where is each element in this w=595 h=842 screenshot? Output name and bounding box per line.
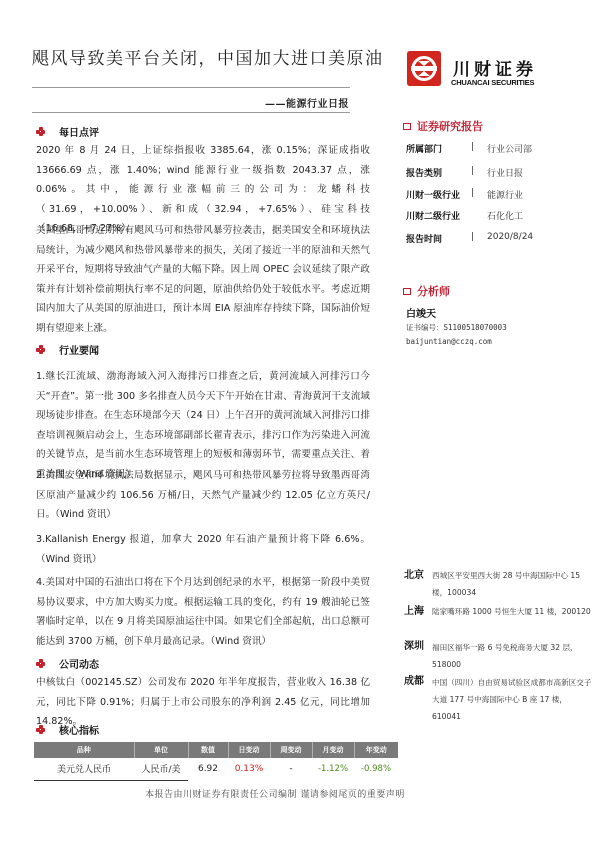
column-header: 数值	[188, 742, 228, 758]
logo-text-en: CHUANCAI SECURITIES	[451, 78, 534, 87]
diamond-bullet-icon	[36, 725, 45, 734]
analyst-cert: 证书编号：S1100518070003	[406, 322, 507, 333]
sidebar-analyst-heading: 分析师	[403, 283, 450, 299]
info-row-industry-l1: 川财一级行业 | 能源行业	[406, 188, 586, 201]
address-text-beijing: 西城区平安里西大街 28 号中海国际中心 15 楼，100034	[432, 567, 592, 601]
column-header: 月变动	[312, 742, 354, 758]
table-cell: -1.12%	[312, 758, 354, 780]
news-item-3: 3.Kallanish Energy 报道，加拿大 2020 年石油产量预计将下…	[36, 530, 370, 569]
analyst-name: 白竣天	[406, 305, 436, 320]
table-cell: 美元兑人民币	[34, 758, 134, 780]
section-heading: 公司动态	[59, 656, 99, 671]
section-heading: 每日点评	[59, 124, 99, 139]
table-header-row: 品种 单位 数值 日变动 周变动 月变动 年变动	[34, 742, 398, 758]
address-city-shanghai: 上海	[404, 602, 424, 617]
logo-text-cn: 川财证券	[453, 55, 537, 80]
table-cell: -0.98%	[354, 758, 398, 780]
column-header: 周变动	[270, 742, 312, 758]
footer-disclaimer: 本报告由川财证券有限责任公司编制 谨请参阅尾页的重要声明	[145, 787, 405, 800]
section-company-news: 公司动态	[36, 656, 99, 671]
diamond-bullet-icon	[36, 127, 45, 136]
news-item-2: 2.美国安全和环境执法局数据显示，飓风马可和热带风暴劳拉将导致墨西哥湾区原油产量…	[36, 466, 370, 525]
section-industry-news: 行业要闻	[36, 342, 99, 357]
news-item-4: 4.美国对中国的石油出口将在下个月达到创纪录的水平，根据第一阶段中美贸易协议要求…	[36, 573, 370, 651]
column-header: 品种	[34, 742, 134, 758]
section-heading: 行业要闻	[59, 342, 99, 357]
table-cell: 0.13%	[228, 758, 270, 780]
analyst-email[interactable]: baijuntian@cczq.com	[406, 337, 492, 346]
report-title: 飓风导致美平台关闭，中国加大进口美原油	[32, 44, 384, 69]
diamond-bullet-icon	[36, 345, 45, 354]
info-row-report-type: 报告类别 | 行业日报	[406, 166, 586, 179]
address-city-beijing: 北京	[404, 566, 424, 581]
column-header: 年变动	[354, 742, 398, 758]
report-subtitle: ——能源行业日报	[265, 95, 349, 110]
section-core-indicators: 核心指标	[36, 722, 99, 737]
info-row-report-date: 报告时间 | 2020/8/24	[406, 232, 586, 245]
daily-comment-paragraph-2: 美国墨西哥湾近期将有飓风马可和热带风暴劳拉袭击，据美国安全和环境执法局统计，为减…	[36, 221, 370, 338]
title-divider	[32, 87, 350, 88]
core-indicators-table: 品种 单位 数值 日变动 周变动 月变动 年变动 美元兑人民币 人民币/美 6.…	[34, 742, 398, 781]
diamond-bullet-icon	[36, 659, 45, 668]
column-header: 日变动	[228, 742, 270, 758]
address-city-chengdu: 成都	[404, 672, 424, 687]
info-row-department: 所属部门 | 行业公司部	[406, 142, 586, 155]
subtitle-divider	[32, 112, 350, 113]
sidebar-report-heading: 证券研究报告	[403, 118, 483, 134]
table-cell: -	[270, 758, 312, 780]
table-cell: 6.92	[188, 758, 228, 780]
address-text-shenzhen: 福田区福华一路 6 号免税商务大厦 32 层，518000	[432, 639, 592, 673]
address-text-shanghai: 陆家嘴环路 1000 号恒生大厦 11 楼，200120	[432, 603, 592, 620]
table-cell: 人民币/美	[134, 758, 188, 780]
info-row-industry-l2: 川财二级行业 石化化工	[406, 209, 586, 222]
address-city-shenzhen: 深圳	[404, 637, 424, 652]
address-text-chengdu: 中国（四川）自由贸易试验区成都市高新区交子大道 177 号中海国际中心 B 座 …	[432, 674, 592, 725]
section-heading: 核心指标	[59, 722, 99, 737]
analyst-icon	[403, 288, 411, 295]
section-daily-comment: 每日点评	[36, 124, 99, 139]
table-row: 美元兑人民币 人民币/美 6.92 0.13% - -1.12% -0.98%	[34, 758, 398, 780]
report-icon	[403, 123, 411, 130]
logo-mark-icon	[407, 51, 441, 86]
column-header: 单位	[134, 742, 188, 758]
